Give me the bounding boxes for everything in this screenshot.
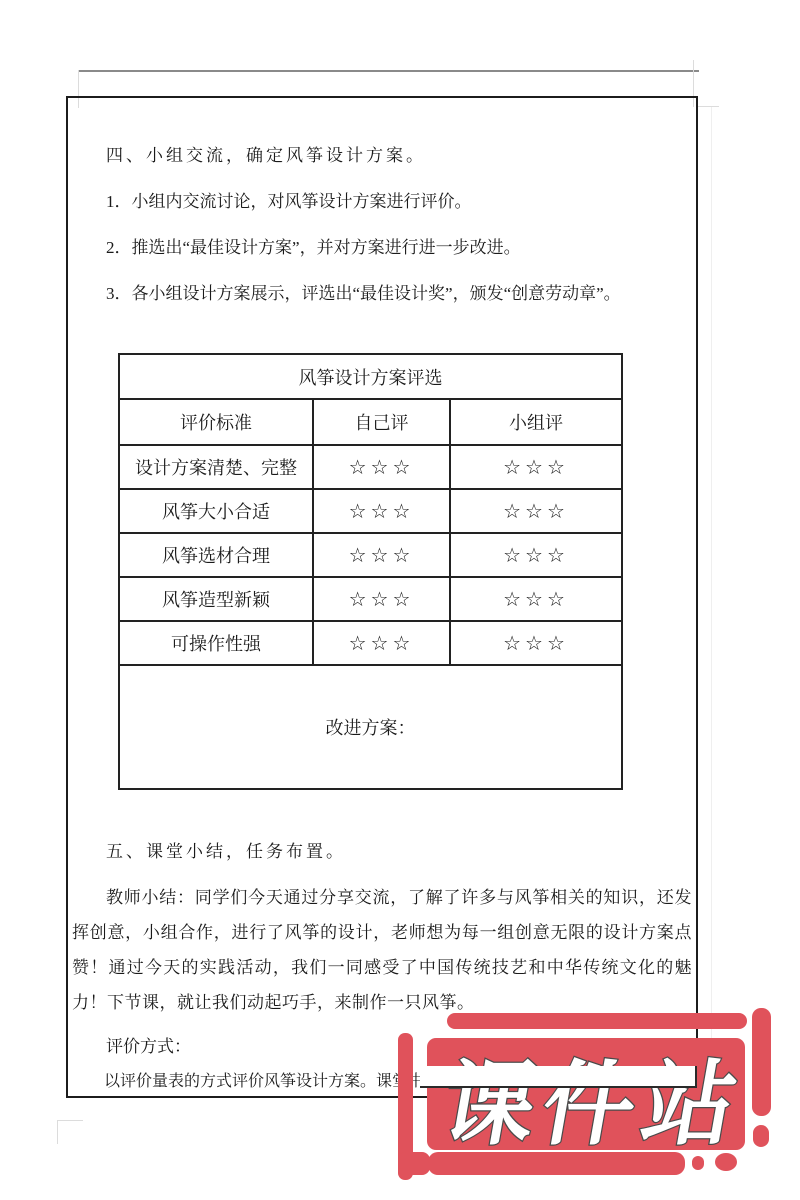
self-rating-stars: ☆☆☆ <box>313 489 450 533</box>
header-self: 自己评 <box>313 399 450 445</box>
self-rating-stars: ☆☆☆ <box>313 577 450 621</box>
table-row: 设计方案清楚、完整 ☆☆☆ ☆☆☆ <box>119 445 622 489</box>
criteria-cell: 可操作性强 <box>119 621 313 665</box>
stamp-frame-right <box>752 1008 771 1116</box>
section4-item-2: 2．推选出“最佳设计方案”，并对方案进行进一步改进。 <box>72 238 692 258</box>
kejianzhan-watermark-stamp: 课件站 <box>392 1000 774 1200</box>
stamp-frame-corner <box>398 1152 430 1175</box>
group-rating-stars: ☆☆☆ <box>450 533 622 577</box>
stamp-graphic: 课件站 <box>392 1000 774 1200</box>
criteria-cell: 设计方案清楚、完整 <box>119 445 313 489</box>
header-criteria: 评价标准 <box>119 399 313 445</box>
group-rating-stars: ☆☆☆ <box>450 577 622 621</box>
stamp-frame-top <box>447 1013 747 1029</box>
table-title: 风筝设计方案评选 <box>119 354 622 399</box>
margin-mark-bottom-left-horizontal <box>57 1120 83 1121</box>
group-rating-stars: ☆☆☆ <box>450 621 622 665</box>
group-rating-stars: ☆☆☆ <box>450 489 622 533</box>
stamp-frame-bottom-dot-1 <box>692 1156 704 1170</box>
criteria-cell: 风筝大小合适 <box>119 489 313 533</box>
document-page: 四、小组交流，确定风筝设计方案。 1．小组内交流讨论，对风筝设计方案进行评价。 … <box>0 0 800 1200</box>
table-row: 风筝选材合理 ☆☆☆ ☆☆☆ <box>119 533 622 577</box>
page-right-edge-guide <box>711 107 712 1143</box>
table-title-row: 风筝设计方案评选 <box>119 354 622 399</box>
improve-plan-cell: 改进方案： <box>119 665 622 789</box>
section5-heading: 五、课堂小结，任务布置。 <box>72 842 692 862</box>
kite-design-evaluation-table: 风筝设计方案评选 评价标准 自己评 小组评 设计方案清楚、完整 ☆☆☆ ☆☆☆ … <box>118 353 623 790</box>
criteria-cell: 风筝选材合理 <box>119 533 313 577</box>
section4-heading: 四、小组交流，确定风筝设计方案。 <box>72 146 692 166</box>
table-row: 风筝造型新颖 ☆☆☆ ☆☆☆ <box>119 577 622 621</box>
previous-cell-bottom-rule <box>78 70 699 72</box>
teacher-summary-paragraph: 教师小结：同学们今天通过分享交流，了解了许多与风筝相关的知识，还发挥创意，小组合… <box>72 880 692 1020</box>
table-row: 可操作性强 ☆☆☆ ☆☆☆ <box>119 621 622 665</box>
section4-item-3: 3．各小组设计方案展示，评选出“最佳设计奖”，颁发“创意劳动章”。 <box>72 284 692 304</box>
stamp-frame-right-blob <box>753 1125 769 1147</box>
table-header-row: 评价标准 自己评 小组评 <box>119 399 622 445</box>
criteria-cell: 风筝造型新颖 <box>119 577 313 621</box>
table-row: 风筝大小合适 ☆☆☆ ☆☆☆ <box>119 489 622 533</box>
section4-item-1: 1．小组内交流讨论，对风筝设计方案进行评价。 <box>72 192 692 212</box>
table-improve-row: 改进方案： <box>119 665 622 789</box>
self-rating-stars: ☆☆☆ <box>313 445 450 489</box>
margin-mark-bottom-left-vertical <box>57 1120 58 1144</box>
self-rating-stars: ☆☆☆ <box>313 533 450 577</box>
header-group: 小组评 <box>450 399 622 445</box>
last-line-background-band <box>420 1066 697 1088</box>
lesson-plan-cell: 四、小组交流，确定风筝设计方案。 1．小组内交流讨论，对风筝设计方案进行评价。 … <box>66 96 698 1098</box>
margin-mark-top-right-horizontal <box>697 106 719 107</box>
self-rating-stars: ☆☆☆ <box>313 621 450 665</box>
group-rating-stars: ☆☆☆ <box>450 445 622 489</box>
